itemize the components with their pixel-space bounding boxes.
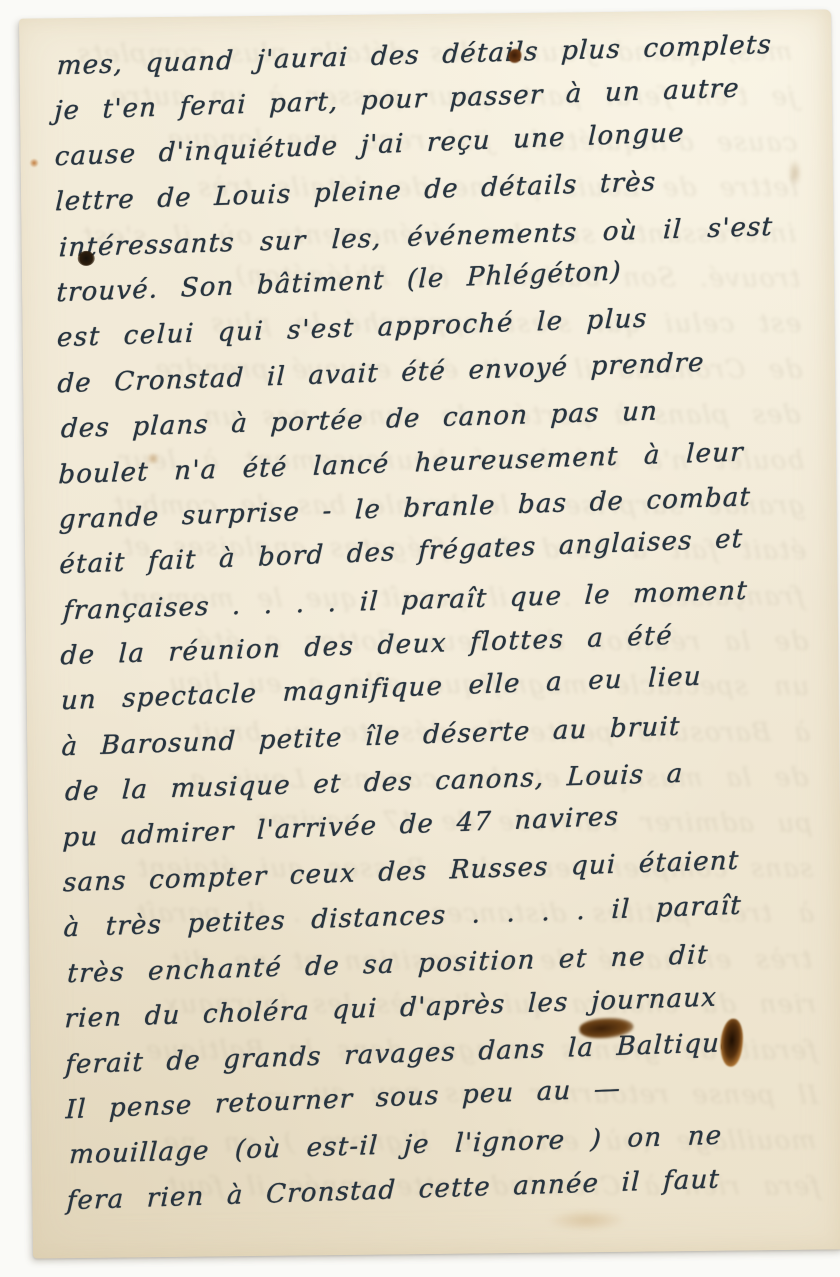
scan-background: mes, quand j'aurai des détails plus comp… bbox=[0, 0, 840, 1277]
letter-page: mes, quand j'aurai des détails plus comp… bbox=[19, 9, 840, 1258]
handwriting-lines: mes, quand j'aurai des détails plus comp… bbox=[19, 35, 840, 1224]
